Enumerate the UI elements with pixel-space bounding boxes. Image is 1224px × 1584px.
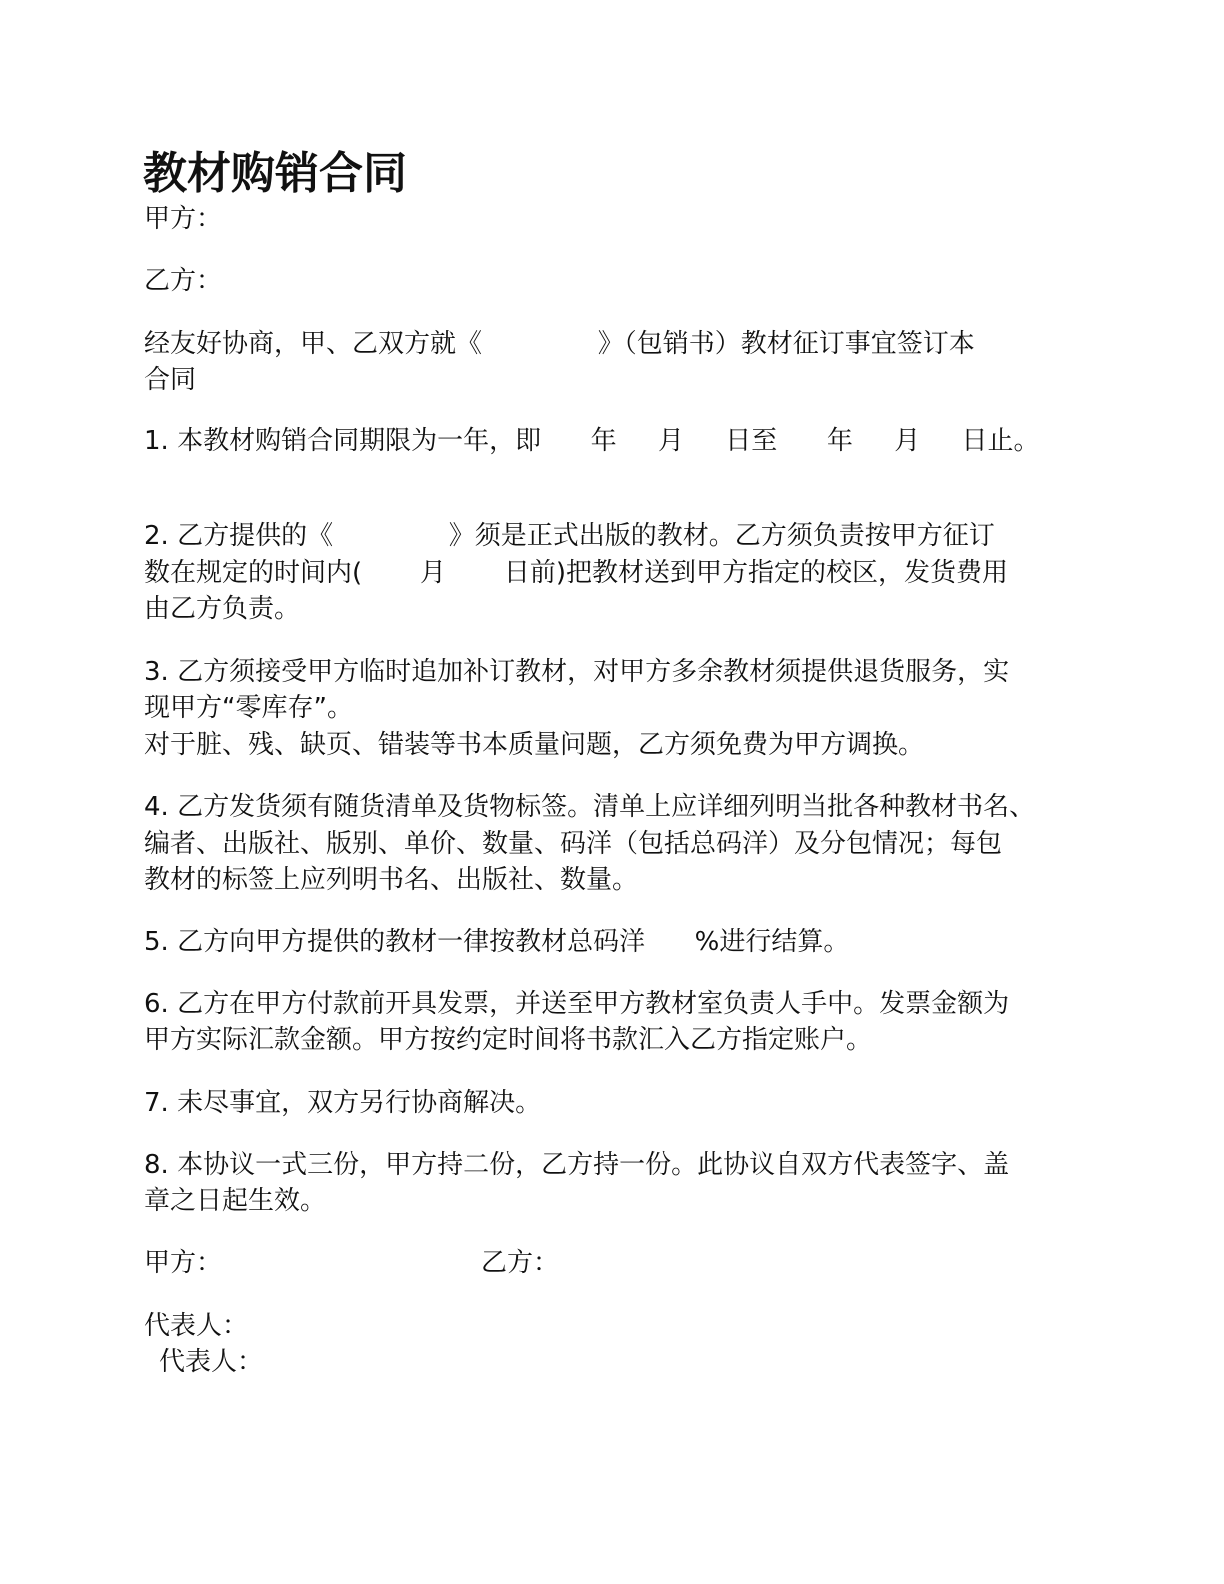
clause-6-line-1: 6. 乙方在甲方付款前开具发票，并送至甲方教材室负责人手中。发票金额为 — [144, 986, 1009, 1023]
clause-2-line-1: 2. 乙方提供的《 》须是正式出版的教材。乙方须负责按甲方征订 — [144, 518, 995, 555]
signature-party-a-label: 甲方： — [144, 1245, 222, 1282]
clause-3-line-1: 3. 乙方须接受甲方临时追加补订教材，对甲方多余教材须提供退货服务，实 — [144, 654, 1009, 691]
clause-8-line-2: 章之日起生效。 — [144, 1183, 326, 1220]
party-b-header: 乙方： — [144, 263, 222, 300]
clause-2-line-2: 数在规定的时间内( 月 日前)把教材送到甲方指定的校区，发货费用 — [144, 555, 1008, 592]
clause-4-line-1: 4. 乙方发货须有随货清单及货物标签。清单上应详细列明当批各种教材书名、 — [144, 789, 1035, 826]
clause-4-line-3: 教材的标签上应列明书名、出版社、数量。 — [144, 862, 638, 899]
clause-5-line-1: 5. 乙方向甲方提供的教材一律按教材总码洋 %进行结算。 — [144, 924, 849, 961]
clause-7-line-1: 7. 未尽事宜，双方另行协商解决。 — [144, 1085, 541, 1122]
clause-8-line-1: 8. 本协议一式三份，甲方持二份，乙方持一份。此协议自双方代表签字、盖 — [144, 1147, 1009, 1184]
clause-3-line-3: 对于脏、残、缺页、错装等书本质量问题，乙方须免费为甲方调换。 — [144, 727, 924, 764]
signature-party-b-label: 乙方： — [481, 1245, 559, 1282]
intro-line-1: 经友好协商，甲、乙双方就《 》（包销书）教材征订事宜签订本 — [144, 326, 975, 363]
signature-rep-a-label: 代表人： — [144, 1308, 248, 1345]
clause-4-line-2: 编者、出版社、版别、单价、数量、码洋（包括总码洋）及分包情况；每包 — [144, 826, 1002, 863]
clause-1-line-1: 1. 本教材购销合同期限为一年，即 年 月 日至 年 月 日止。 — [144, 423, 1040, 460]
clause-2-line-3: 由乙方负责。 — [144, 591, 300, 628]
clause-6-line-2: 甲方实际汇款金额。甲方按约定时间将书款汇入乙方指定账户。 — [144, 1022, 872, 1059]
signature-rep-b-label: 代表人： — [159, 1344, 263, 1381]
document-title: 教材购销合同 — [143, 147, 407, 201]
clause-3-line-2: 现甲方“零库存”。 — [144, 690, 353, 727]
intro-line-2: 合同 — [144, 362, 196, 399]
party-a-header: 甲方： — [144, 201, 222, 238]
document-page: 教材购销合同 甲方： 乙方： 经友好协商，甲、乙双方就《 》（包销书）教材征订事… — [0, 0, 1224, 1584]
